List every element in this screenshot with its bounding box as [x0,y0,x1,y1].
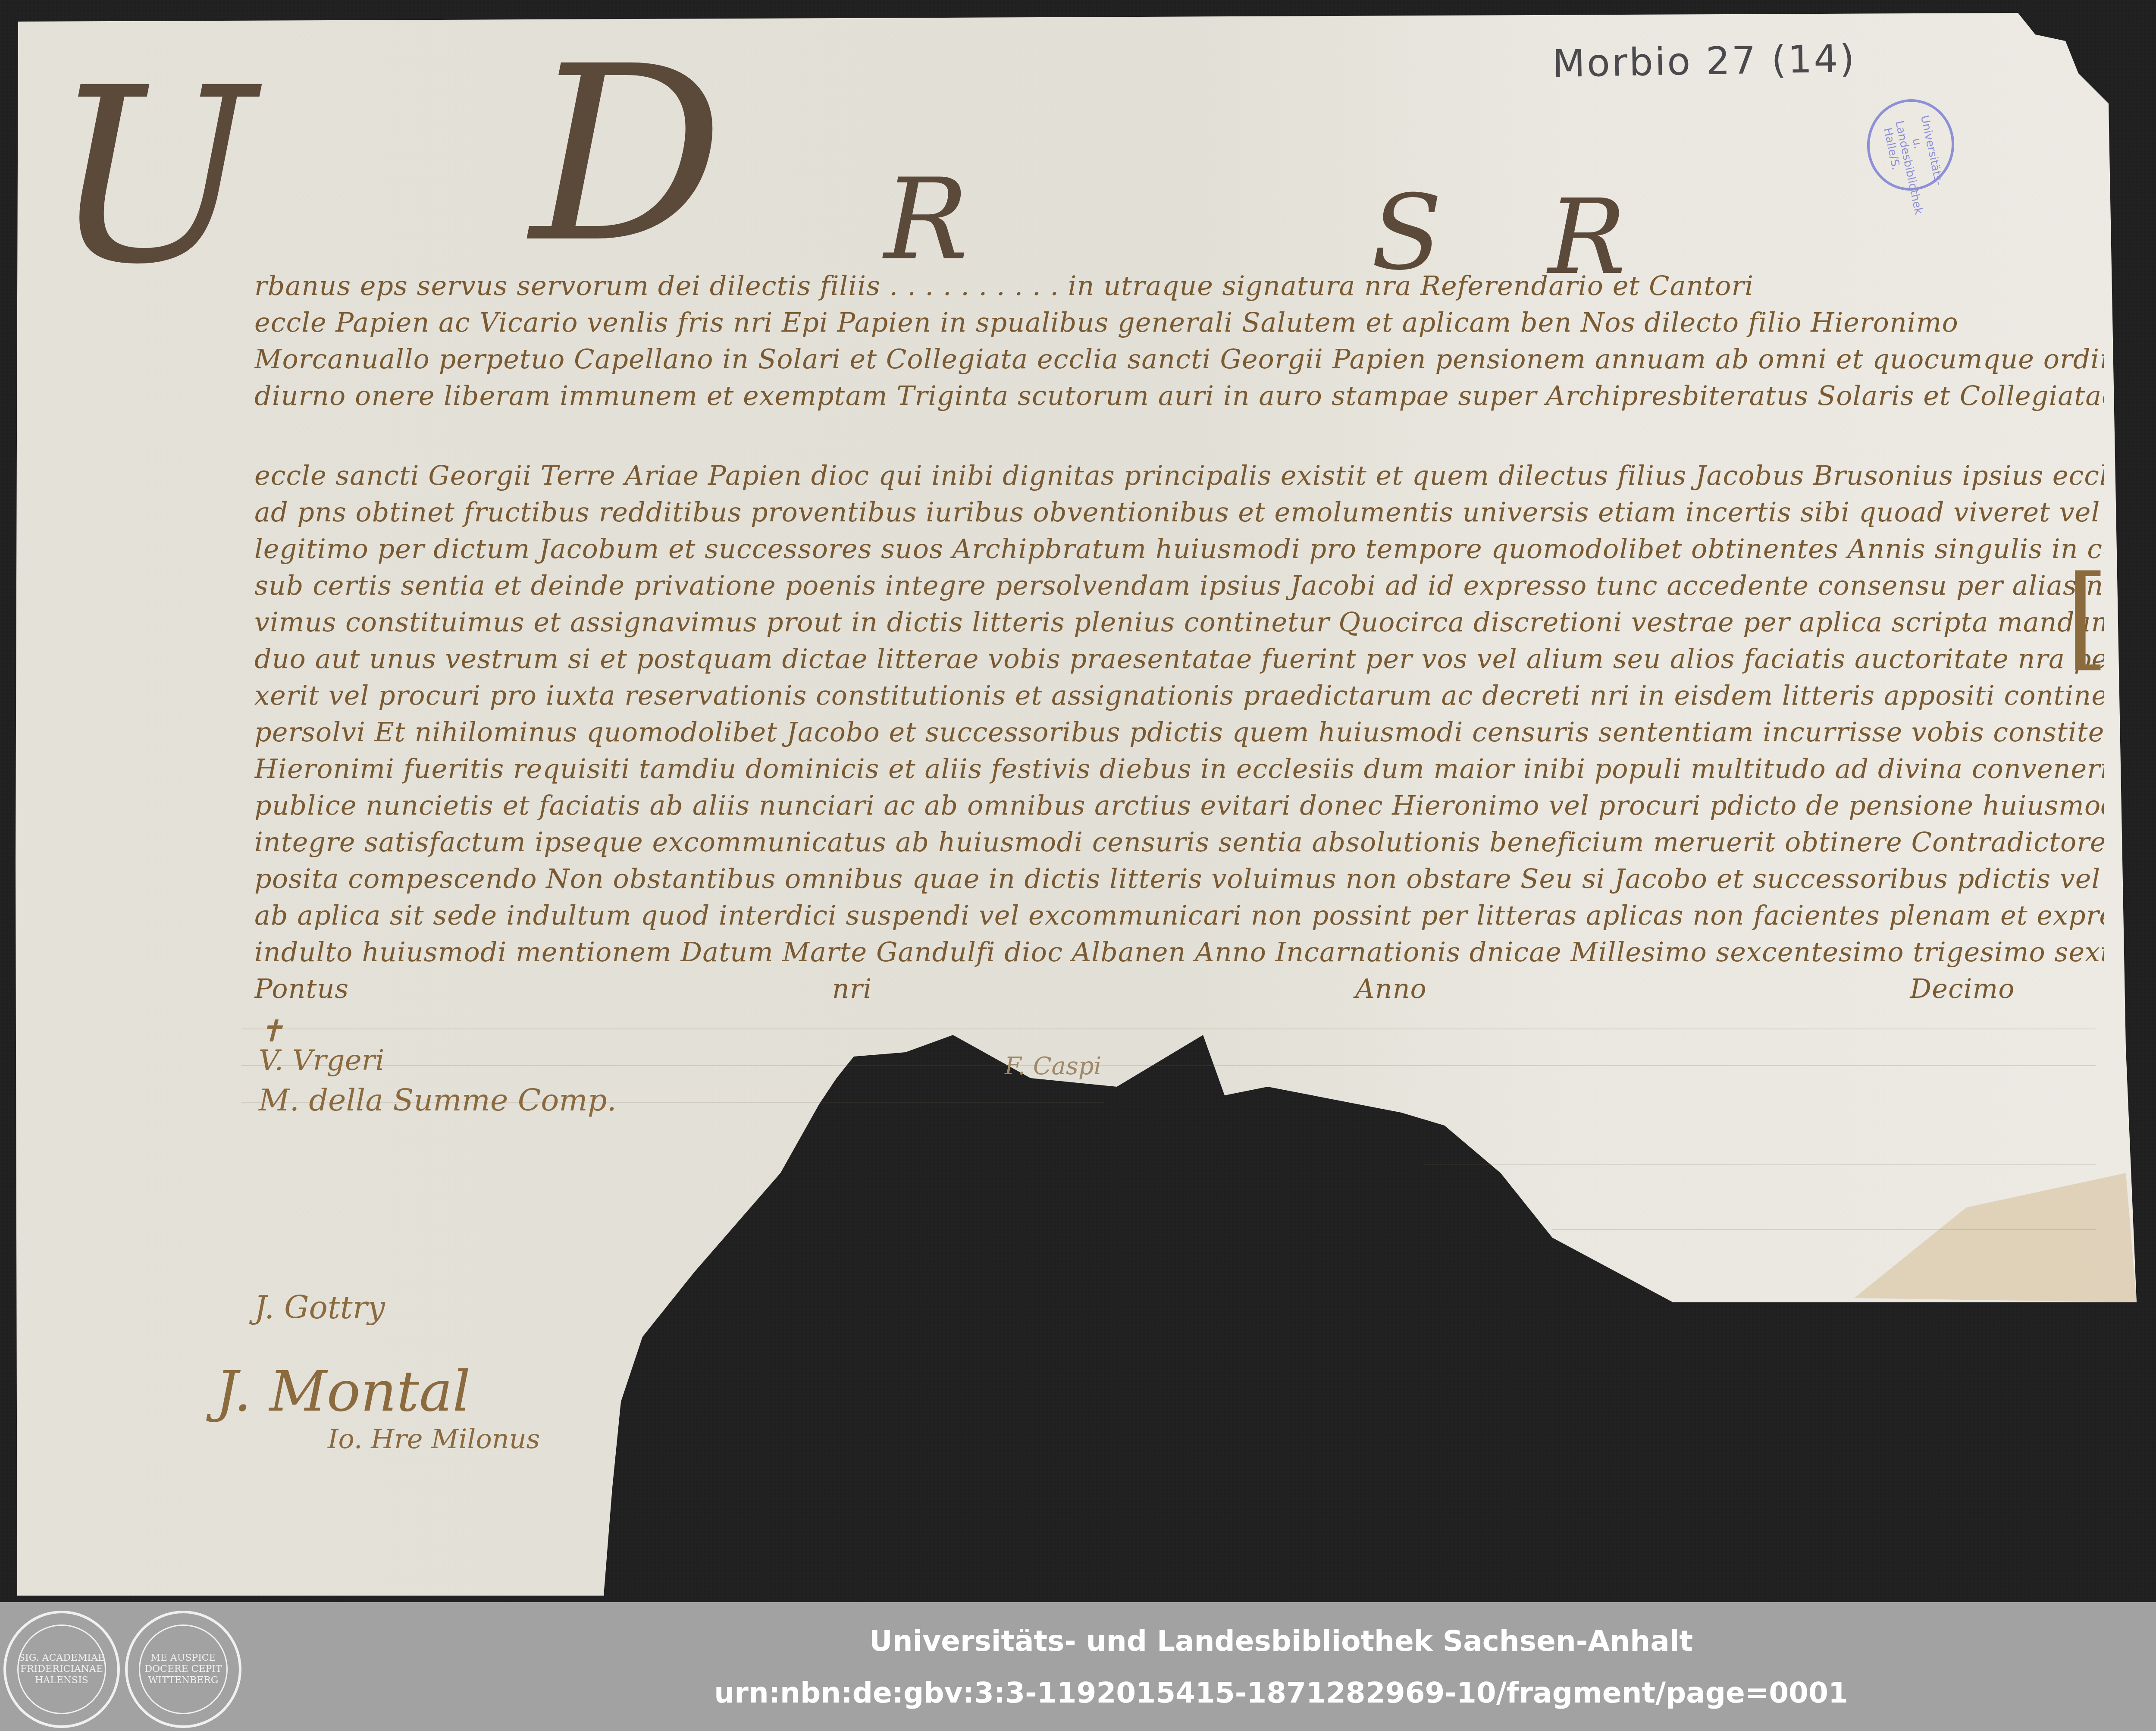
text-line: rbanus eps servus servorum dei dilectis … [254,267,2104,304]
decorated-initial-u: U [52,56,255,298]
signature-montal: J. Montal [216,1358,470,1424]
signature-caspi: F. Caspi [1005,1052,1101,1080]
footer-banner: SIG. ACADEMIAE FRIDERICIANAE HALENSIS ME… [0,1602,2156,1731]
text-line: publice nuncietis et faciatis ab aliis n… [254,787,2104,824]
text-line: ab aplica sit sede indultum quod interdi… [254,897,2104,934]
institution-name: Universitäts- und Landesbibliothek Sachs… [0,1624,2156,1658]
text-line: Hieronimi fueritis requisiti tamdiu domi… [254,750,2104,787]
signature-gottry: J. Gottry [254,1289,385,1326]
urn-identifier: urn:nbn:de:gbv:3:3-1192015415-1871282969… [0,1676,2156,1709]
text-line: xerit vel procuri pro iuxta reservationi… [254,677,2104,714]
text-line: vimus constituimus et assignavimus prout… [254,604,2104,641]
text-line: ad pns obtinet fructibus redditibus prov… [254,494,2104,531]
text-line: integre satisfactum ipseque excommunicat… [254,824,2104,861]
marginal-bracket: [ [2065,552,2109,682]
text-line: posita compescendo Non obstantibus omnib… [254,860,2104,897]
text-line: duo aut unus vestrum si et postquam dict… [254,640,2104,677]
text-line: sub certis sentia et deinde privatione p… [254,567,2104,604]
scan-background: U D R S R Morbio 27 (14) Universitäts- u… [0,0,2156,1602]
signature-summe: M. della Summe Comp. [259,1082,617,1118]
text-line-dating: Pontus nri Anno Decimo [254,970,2104,1007]
shelfmark-annotation: Morbio 27 (14) [1552,36,1856,86]
ruled-line [1423,1164,2096,1165]
text-line: eccle Papien ac Vicario venlis fris nri … [254,304,2104,341]
decorated-initial-d: D [530,34,724,276]
ruled-line [241,1065,2096,1066]
decorated-initial-r: R [884,164,968,276]
signature-vrgeri: V. Vrgeri [259,1044,384,1077]
library-stamp: Universitäts- u. Landesbibliothek Halle/… [1861,94,1960,196]
signature-milonus: Io. Hre Milonus [328,1423,540,1455]
text-line: legitimo per dictum Jacobum et successor… [254,530,2104,568]
text-line: persolvi Et nihilominus quomodolibet Jac… [254,714,2104,751]
text-line: indulto huiusmodi mentionem Datum Marte … [254,934,2104,971]
text-line: Morcanuallo perpetuo Capellano in Solari… [254,341,2104,378]
text-line: eccle sancti Georgii Terre Ariae Papien … [254,457,2104,494]
text-line: diurno onere liberam immunem et exemptam… [254,377,2104,414]
ruled-line [1552,1229,2096,1230]
ruled-line [241,1029,2096,1029]
